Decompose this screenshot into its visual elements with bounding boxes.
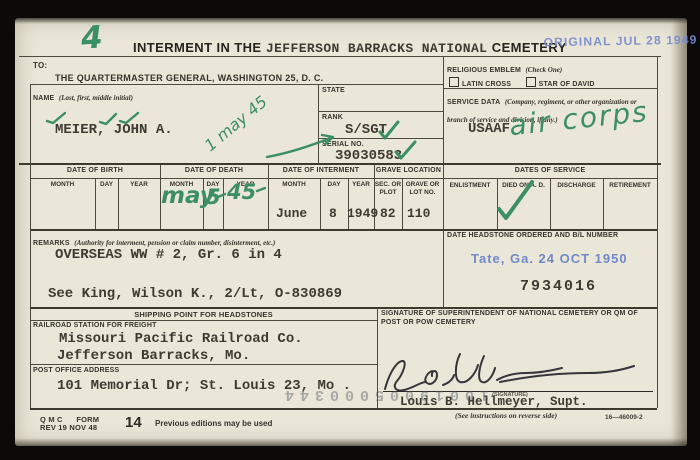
rule <box>657 56 658 408</box>
rule <box>30 364 377 365</box>
death-year-value: 45 <box>227 180 256 204</box>
handwritten-name-annotation: 1 may 45 <box>201 92 271 155</box>
rule <box>318 84 319 163</box>
headstone-bl-number: 7934016 <box>520 278 597 295</box>
grave-lot-col: GRAVE OR LOT NO. <box>402 181 443 196</box>
rule <box>30 307 657 309</box>
title-printed-prefix: INTERMENT IN THE <box>133 40 261 55</box>
rule <box>497 178 498 229</box>
grave-lot-value: 110 <box>407 206 430 221</box>
remarks-line2: See King, Wilson K., 2/Lt, O-830869 <box>48 286 342 302</box>
date-of-birth-header: DATE OF BIRTH <box>30 167 160 176</box>
dates-of-service-header: DATES OF SERVICE <box>443 167 657 176</box>
rank-label: RANK <box>322 114 343 123</box>
name-label: NAME (Last, first, middle initial) <box>33 87 133 105</box>
rule <box>30 320 377 321</box>
original-date-stamp: ORIGINAL JUL 28 1949 <box>543 33 697 50</box>
grave-sec-value: 82 <box>380 206 396 221</box>
rule <box>318 138 443 139</box>
latin-cross-label: LATIN CROSS <box>462 81 511 88</box>
interment-year-value: 1949 <box>347 206 378 221</box>
rule <box>19 56 661 57</box>
rule <box>30 229 657 231</box>
reverse-side-note: (See instructions on reverse side) <box>455 411 557 420</box>
rule <box>30 84 31 408</box>
rule <box>19 163 661 165</box>
rule <box>95 178 96 229</box>
form-title: INTERMENT IN THE JEFFERSON BARRACKS NATI… <box>133 39 567 57</box>
latin-cross-checkbox <box>449 77 459 87</box>
headstone-label: DATE HEADSTONE ORDERED AND B/L NUMBER <box>447 232 618 241</box>
remarks-line1: OVERSEAS WW # 2, Gr. 6 in 4 <box>55 247 282 263</box>
headstone-date-stamp: Tate, Ga. 24 OCT 1950 <box>471 251 628 266</box>
to-label: TO: <box>33 61 47 71</box>
post-office-label: POST OFFICE ADDRESS <box>33 367 119 376</box>
birth-day-col: DAY <box>95 181 118 189</box>
rule <box>30 84 443 85</box>
previous-editions-note: Previous editions may be used <box>155 419 272 428</box>
retirement-col: RETIREMENT <box>603 182 657 190</box>
died-on-ad-col: DIED ON A. D. <box>497 182 550 190</box>
rule <box>30 408 657 410</box>
card-paper: 4 INTERMENT IN THE JEFFERSON BARRACKS NA… <box>15 18 687 446</box>
remarks-note: (Authority for interment, pension or cla… <box>74 239 275 247</box>
railroad-label: RAILROAD STATION FOR FREIGHT <box>33 322 157 331</box>
title-typed-cemetery-name: JEFFERSON BARRACKS NATIONAL <box>266 41 487 56</box>
interment-month-col: MONTH <box>268 181 320 189</box>
enlistment-col: ENLISTMENT <box>443 182 497 190</box>
rule <box>603 178 604 229</box>
addressee-value: THE QUARTERMASTER GENERAL, WASHINGTON 25… <box>55 73 323 84</box>
rank-value: S/SGT <box>345 122 387 138</box>
star-of-david-checkbox <box>526 77 536 87</box>
death-day-value: 5 <box>206 185 221 209</box>
rule <box>318 111 443 112</box>
rule <box>443 88 657 89</box>
grave-sec-col: SEC. OR PLOT <box>374 181 402 196</box>
rule <box>402 178 403 229</box>
service-data-label-text: SERVICE DATA <box>447 99 500 106</box>
rule <box>268 165 269 229</box>
state-label: STATE <box>322 87 345 96</box>
interment-day-value: 8 <box>329 206 337 221</box>
remarks-label-text: REMARKS <box>33 240 70 247</box>
grave-location-header: GRAVE LOCATION <box>374 167 443 176</box>
date-of-death-header: DATE OF DEATH <box>160 167 268 176</box>
discharge-col: DISCHARGE <box>550 182 603 190</box>
name-label-note: (Last, first, middle initial) <box>59 94 133 102</box>
name-label-text: NAME <box>33 95 54 102</box>
birth-month-col: MONTH <box>30 181 95 189</box>
rule <box>118 178 119 229</box>
torn-right-edge <box>671 18 687 446</box>
form-id-line2: REV 19 NOV 48 <box>40 423 97 432</box>
handwritten-corner-mark: 4 <box>80 19 104 56</box>
date-of-interment-header: DATE OF INTERMENT <box>268 167 374 176</box>
rule <box>30 178 657 179</box>
railroad-line2: Jefferson Barracks, Mo. <box>57 348 250 364</box>
birth-year-col: YEAR <box>118 181 160 189</box>
interment-day-col: DAY <box>320 181 348 189</box>
interment-year-col: YEAR <box>348 181 374 189</box>
shipping-header: SHIPPING POINT FOR HEADSTONES <box>30 310 377 319</box>
superintendent-signature-script <box>385 354 634 390</box>
form-number: 14 <box>125 414 142 431</box>
bleedthrough-digits: 10019005000344 <box>233 386 489 403</box>
signature-label: SIGNATURE OF SUPERINTENDENT OF NATIONAL … <box>381 310 643 328</box>
rule <box>320 178 321 229</box>
rule <box>348 178 349 229</box>
service-branch-typed: USAAF <box>468 121 510 137</box>
rule <box>223 178 224 229</box>
rule <box>550 178 551 229</box>
scanned-interment-card: 4 INTERMENT IN THE JEFFERSON BARRACKS NA… <box>0 0 700 460</box>
interment-month-value: June <box>276 206 307 221</box>
print-code: 16—46009-2 <box>605 414 643 421</box>
railroad-line1: Missouri Pacific Railroad Co. <box>59 331 303 347</box>
serial-value: 39030583 <box>335 148 402 164</box>
name-value: MEIER, JOHN A. <box>55 122 173 138</box>
star-of-david-label: STAR OF DAVID <box>539 81 595 88</box>
